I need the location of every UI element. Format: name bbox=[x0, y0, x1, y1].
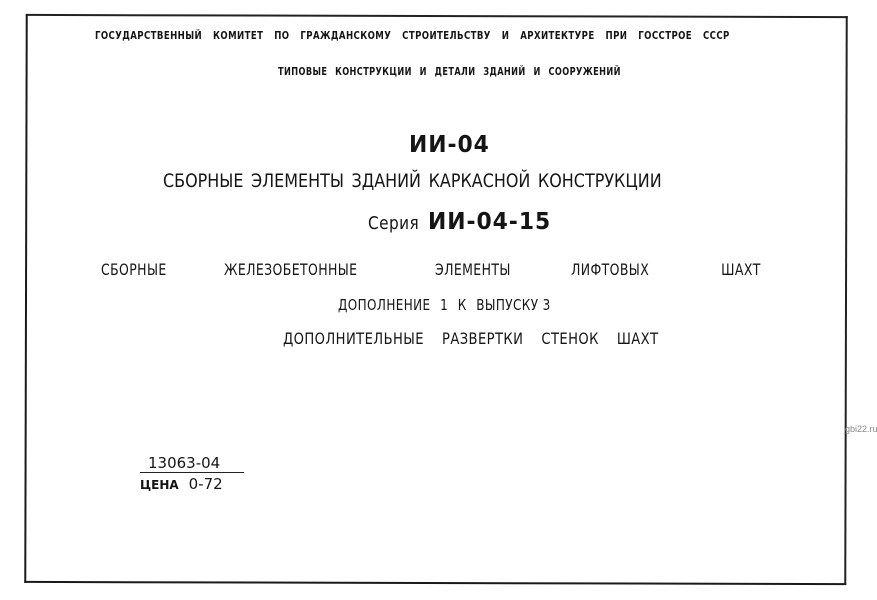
document-subtitle-text: СБОРНЫЕЭЛЕМЕНТЫЗДАНИЙКАРКАСНОЙКОНСТРУКЦИ… bbox=[163, 170, 662, 192]
title-word: СБОРНЫЕ bbox=[101, 260, 167, 279]
document-subtitle: СБОРНЫЕЭЛЕМЕНТЫЗДАНИЙКАРКАСНОЙКОНСТРУКЦИ… bbox=[163, 170, 757, 192]
title-word: ШАХТ bbox=[721, 260, 761, 279]
supplement-line: ДОПОЛНЕНИЕ1КВЫПУСКУ 3 bbox=[338, 296, 604, 314]
price-line: ЦЕНА0-72 bbox=[140, 475, 244, 493]
catalog-header-text: ТИПОВЫЕКОНСТРУКЦИИИДЕТАЛИЗДАНИЙИСООРУЖЕН… bbox=[278, 66, 621, 78]
price-stamp: 13063-04 ЦЕНА0-72 bbox=[140, 455, 244, 493]
part-title-text: ДОПОЛНИТЕЛЬНЫЕРАЗВЕРТКИСТЕНОКШАХТ bbox=[283, 329, 659, 348]
series-number: ИИ-04-15 bbox=[428, 209, 551, 235]
document-code: ИИ-04 bbox=[409, 132, 494, 158]
main-title: СБОРНЫЕ ЖЕЛЕЗОБЕТОННЫЕ ЭЛЕМЕНТЫ ЛИФТОВЫХ… bbox=[101, 260, 761, 279]
part-title: ДОПОЛНИТЕЛЬНЫЕРАЗВЕРТКИСТЕНОКШАХТ bbox=[283, 329, 741, 348]
inventory-number: 13063-04 bbox=[140, 455, 244, 473]
title-word: ЭЛЕМЕНТЫ bbox=[435, 260, 511, 279]
price-value: 0-72 bbox=[189, 475, 223, 493]
document-code-text: ИИ-04 bbox=[409, 132, 490, 158]
series-prefix: Серия bbox=[368, 213, 419, 234]
watermark: gbi22.ru bbox=[845, 424, 877, 434]
committee-header-text: ГОСУДАРСТВЕННЫЙКОМИТЕТПОГРАЖДАНСКОМУСТРО… bbox=[95, 29, 730, 42]
committee-header: ГОСУДАРСТВЕННЫЙКОМИТЕТПОГРАЖДАНСКОМУСТРО… bbox=[95, 29, 877, 42]
price-label: ЦЕНА bbox=[140, 478, 179, 492]
supplement-text: ДОПОЛНЕНИЕ1КВЫПУСКУ 3 bbox=[338, 296, 551, 314]
title-word: ЖЕЛЕЗОБЕТОННЫЕ bbox=[224, 260, 357, 279]
catalog-header: ТИПОВЫЕКОНСТРУКЦИИИДЕТАЛИЗДАНИЙИСООРУЖЕН… bbox=[278, 66, 718, 78]
title-word: ЛИФТОВЫХ bbox=[571, 260, 649, 279]
series-title: Серия ИИ-04-15 bbox=[368, 209, 557, 235]
